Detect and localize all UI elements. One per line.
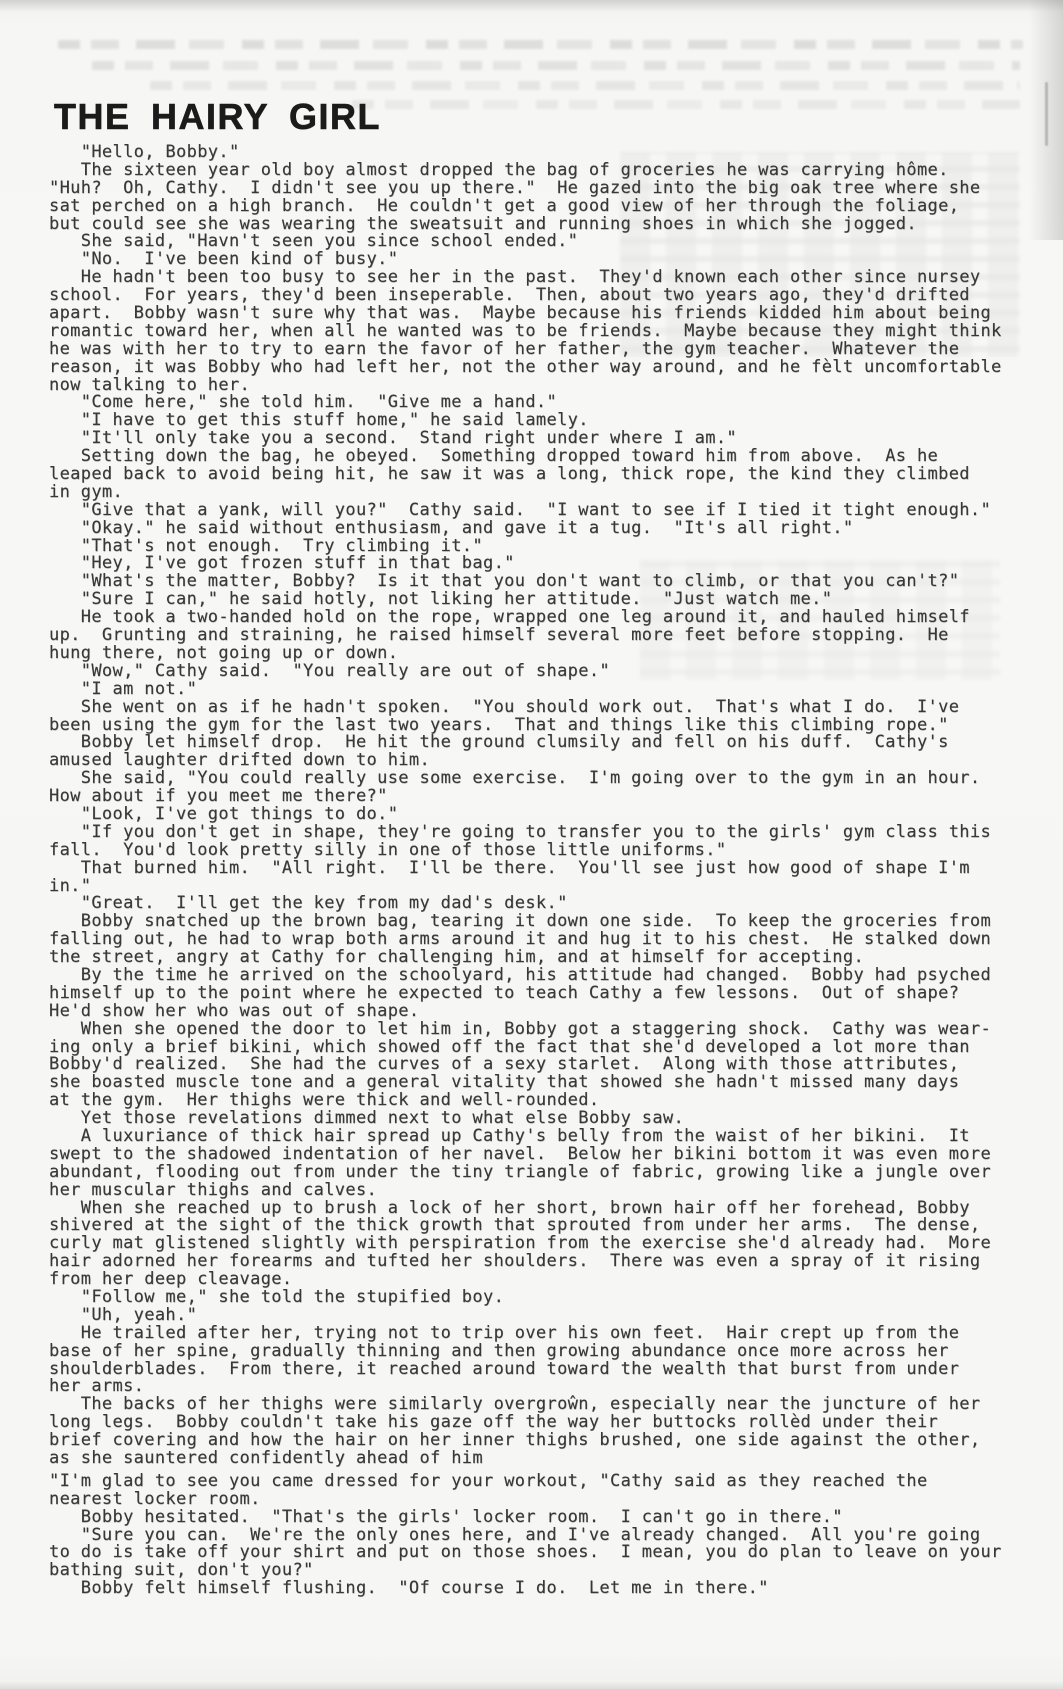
text-line: fall. You'd look pretty silly in one of … xyxy=(49,842,1049,860)
scan-edge-shadow-bottom xyxy=(0,1681,1063,1689)
scan-edge-line xyxy=(1045,82,1048,146)
story-text: "Hello, Bobby." The sixteen year old boy… xyxy=(49,144,1049,1598)
text-line: leaped back to avoid being hit, he saw i… xyxy=(49,466,1049,484)
text-line: abundant, flooding out from under the ti… xyxy=(49,1164,1049,1182)
text-line: "I am not." xyxy=(49,681,1049,699)
text-line: "Follow me," she told the stupified boy. xyxy=(49,1289,1049,1307)
text-line: Bobby felt himself flushing. "Of course … xyxy=(49,1580,1049,1598)
text-line: reason, it was Bobby who had left her, n… xyxy=(49,359,1049,377)
text-line: "Okay." he said without enthusiasm, and … xyxy=(49,520,1049,538)
text-line: "Huh? Oh, Cathy. I didn't see you up the… xyxy=(49,180,1049,198)
page-title: THE HAIRY GIRL xyxy=(54,101,381,133)
text-line: as she sauntered confidently ahead of hi… xyxy=(49,1450,1049,1468)
bleed-through-artifact xyxy=(92,61,1020,70)
text-line: She went on as if he hadn't spoken. "You… xyxy=(49,699,1049,717)
text-line: That burned him. "All right. I'll be the… xyxy=(49,860,1049,878)
text-line: He'd show her who was out of shape. xyxy=(49,1003,1049,1021)
text-line: shoulderblades. From there, it reached a… xyxy=(49,1361,1049,1379)
bleed-through-artifact xyxy=(150,81,1020,90)
text-line: nearest locker room. xyxy=(49,1491,1049,1509)
bleed-through-artifact xyxy=(352,100,1020,109)
text-line: sat perched on a high branch. He couldn'… xyxy=(49,198,1049,216)
scanned-page: THE HAIRY GIRL "Hello, Bobby." The sixte… xyxy=(0,0,1063,1689)
text-line: He trailed after her, trying not to trip… xyxy=(49,1325,1049,1343)
bleed-through-artifact xyxy=(58,40,1023,49)
text-line: he was with her to try to earn the favor… xyxy=(49,341,1049,359)
text-line: When she opened the door to let him in, … xyxy=(49,1021,1049,1039)
scan-edge-shadow-top xyxy=(0,0,1063,12)
text-line: "Wow," Cathy said. "You really are out o… xyxy=(49,663,1049,681)
text-line: her muscular thighs and calves. xyxy=(49,1182,1049,1200)
text-line: base of her spine, gradually thinning an… xyxy=(49,1343,1049,1361)
text-line: Bobby hesitated. "That's the girls' lock… xyxy=(49,1509,1049,1527)
